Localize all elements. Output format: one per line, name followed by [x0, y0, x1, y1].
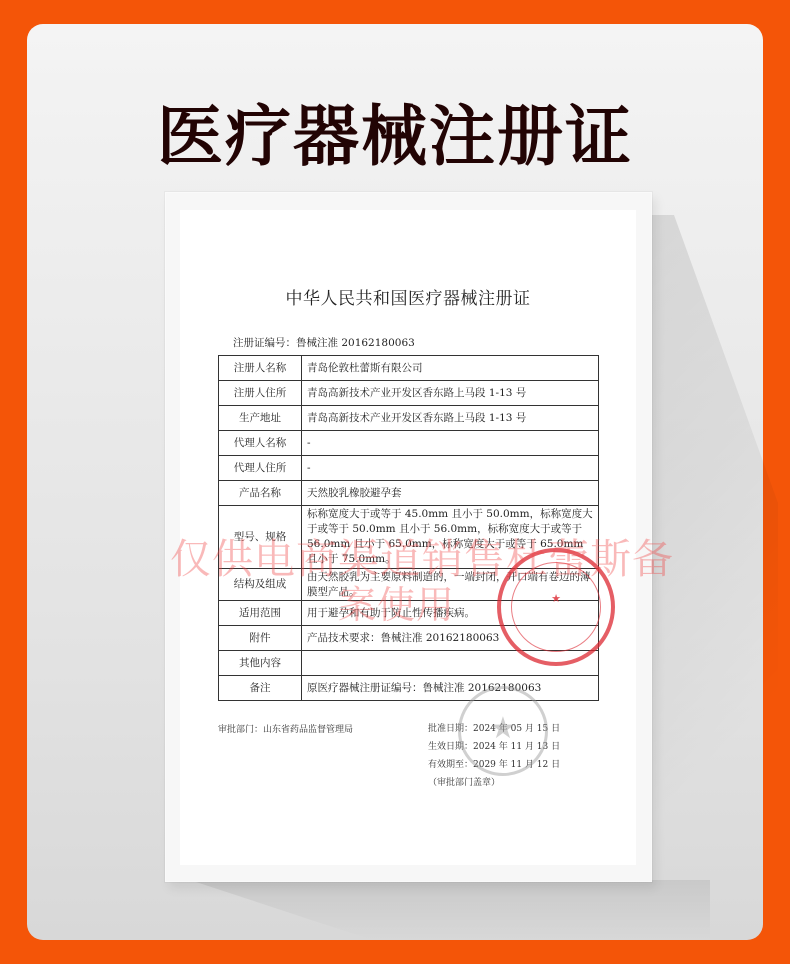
table-row: 备注原医疗器械注册证编号：鲁械注准 20162180063 [219, 676, 599, 701]
row-value: 青岛高新技术产业开发区香东路上马段 1-13 号 [302, 406, 599, 431]
table-row: 代理人名称- [219, 431, 599, 456]
row-label: 注册人住所 [219, 381, 302, 406]
row-label: 结构及组成 [219, 569, 302, 601]
row-value: 青岛高新技术产业开发区香东路上马段 1-13 号 [302, 381, 599, 406]
row-value: - [302, 456, 599, 481]
row-label: 型号、规格 [219, 506, 302, 569]
table-row: 注册人住所青岛高新技术产业开发区香东路上马段 1-13 号 [219, 381, 599, 406]
certificate-document: 中华人民共和国医疗器械注册证 注册证编号：鲁械注准 20162180063 注册… [180, 210, 636, 865]
row-value: 原医疗器械注册证编号：鲁械注准 20162180063 [302, 676, 599, 701]
table-row: 注册人名称青岛伦敦杜蕾斯有限公司 [219, 356, 599, 381]
document-title: 中华人民共和国医疗器械注册证 [180, 284, 636, 309]
seal-note: （审批部门盖章） [428, 774, 560, 792]
table-row: 代理人住所- [219, 456, 599, 481]
table-row: 生产地址青岛高新技术产业开发区香东路上马段 1-13 号 [219, 406, 599, 431]
row-label: 产品名称 [219, 481, 302, 506]
row-value: 青岛伦敦杜蕾斯有限公司 [302, 356, 599, 381]
seal-star-icon: ★ [461, 711, 545, 746]
row-label: 代理人住所 [219, 456, 302, 481]
row-label: 注册人名称 [219, 356, 302, 381]
row-value: - [302, 431, 599, 456]
official-seal-stamp: ★ [458, 686, 548, 776]
table-row: 产品名称天然胶乳橡胶避孕套 [219, 481, 599, 506]
row-value: 天然胶乳橡胶避孕套 [302, 481, 599, 506]
row-label: 代理人名称 [219, 431, 302, 456]
approval-department: 审批部门：山东省药品监督管理局 [218, 722, 353, 735]
row-label: 其他内容 [219, 651, 302, 676]
seal-star-icon: ★ [501, 592, 611, 605]
row-label: 生产地址 [219, 406, 302, 431]
row-label: 备注 [219, 676, 302, 701]
row-label: 附件 [219, 626, 302, 651]
company-seal-stamp: ★ [497, 548, 615, 666]
row-label: 适用范围 [219, 601, 302, 626]
registration-number: 注册证编号：鲁械注准 20162180063 [233, 335, 415, 350]
page-title: 医疗器械注册证 [27, 104, 763, 170]
